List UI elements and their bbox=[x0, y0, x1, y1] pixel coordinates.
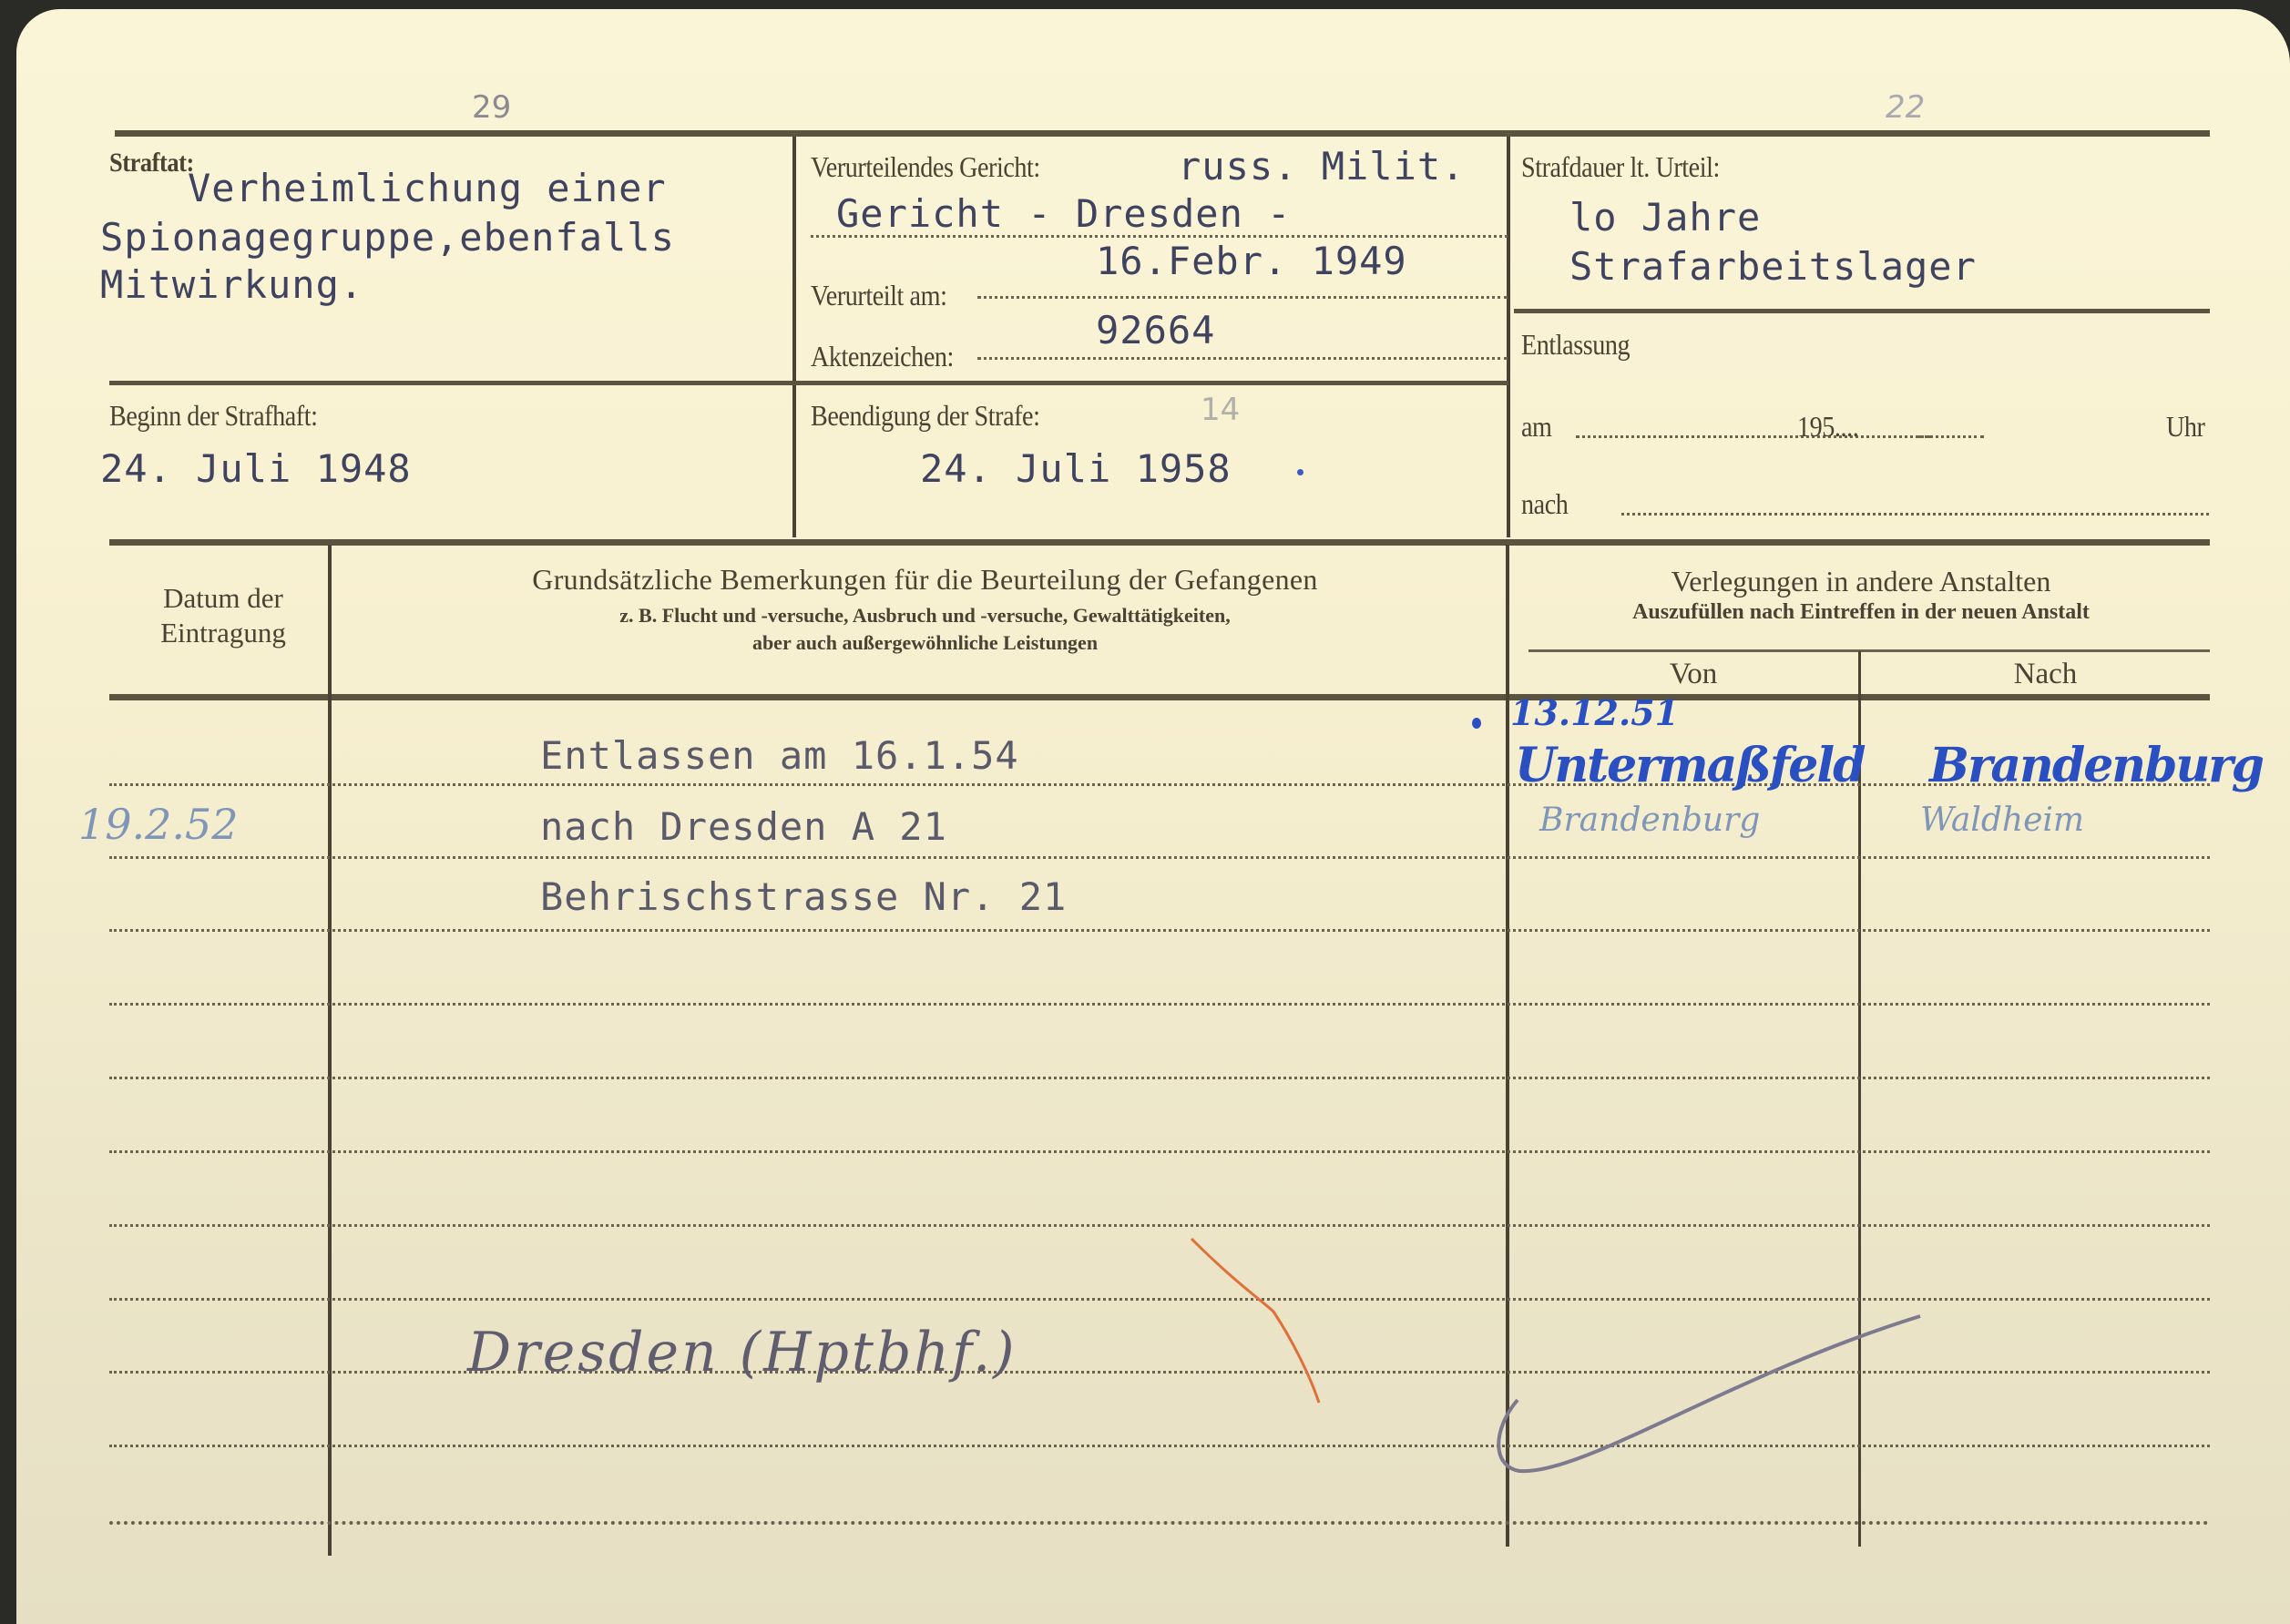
prisoner-record-card: 29 22 Straftat: Verheimlichung einer Spi… bbox=[16, 9, 2290, 1624]
red-pencil-mark-icon bbox=[1191, 1239, 1319, 1403]
pencil-strokes bbox=[16, 9, 2290, 1624]
pencil-swoosh-icon bbox=[1498, 1316, 1920, 1471]
